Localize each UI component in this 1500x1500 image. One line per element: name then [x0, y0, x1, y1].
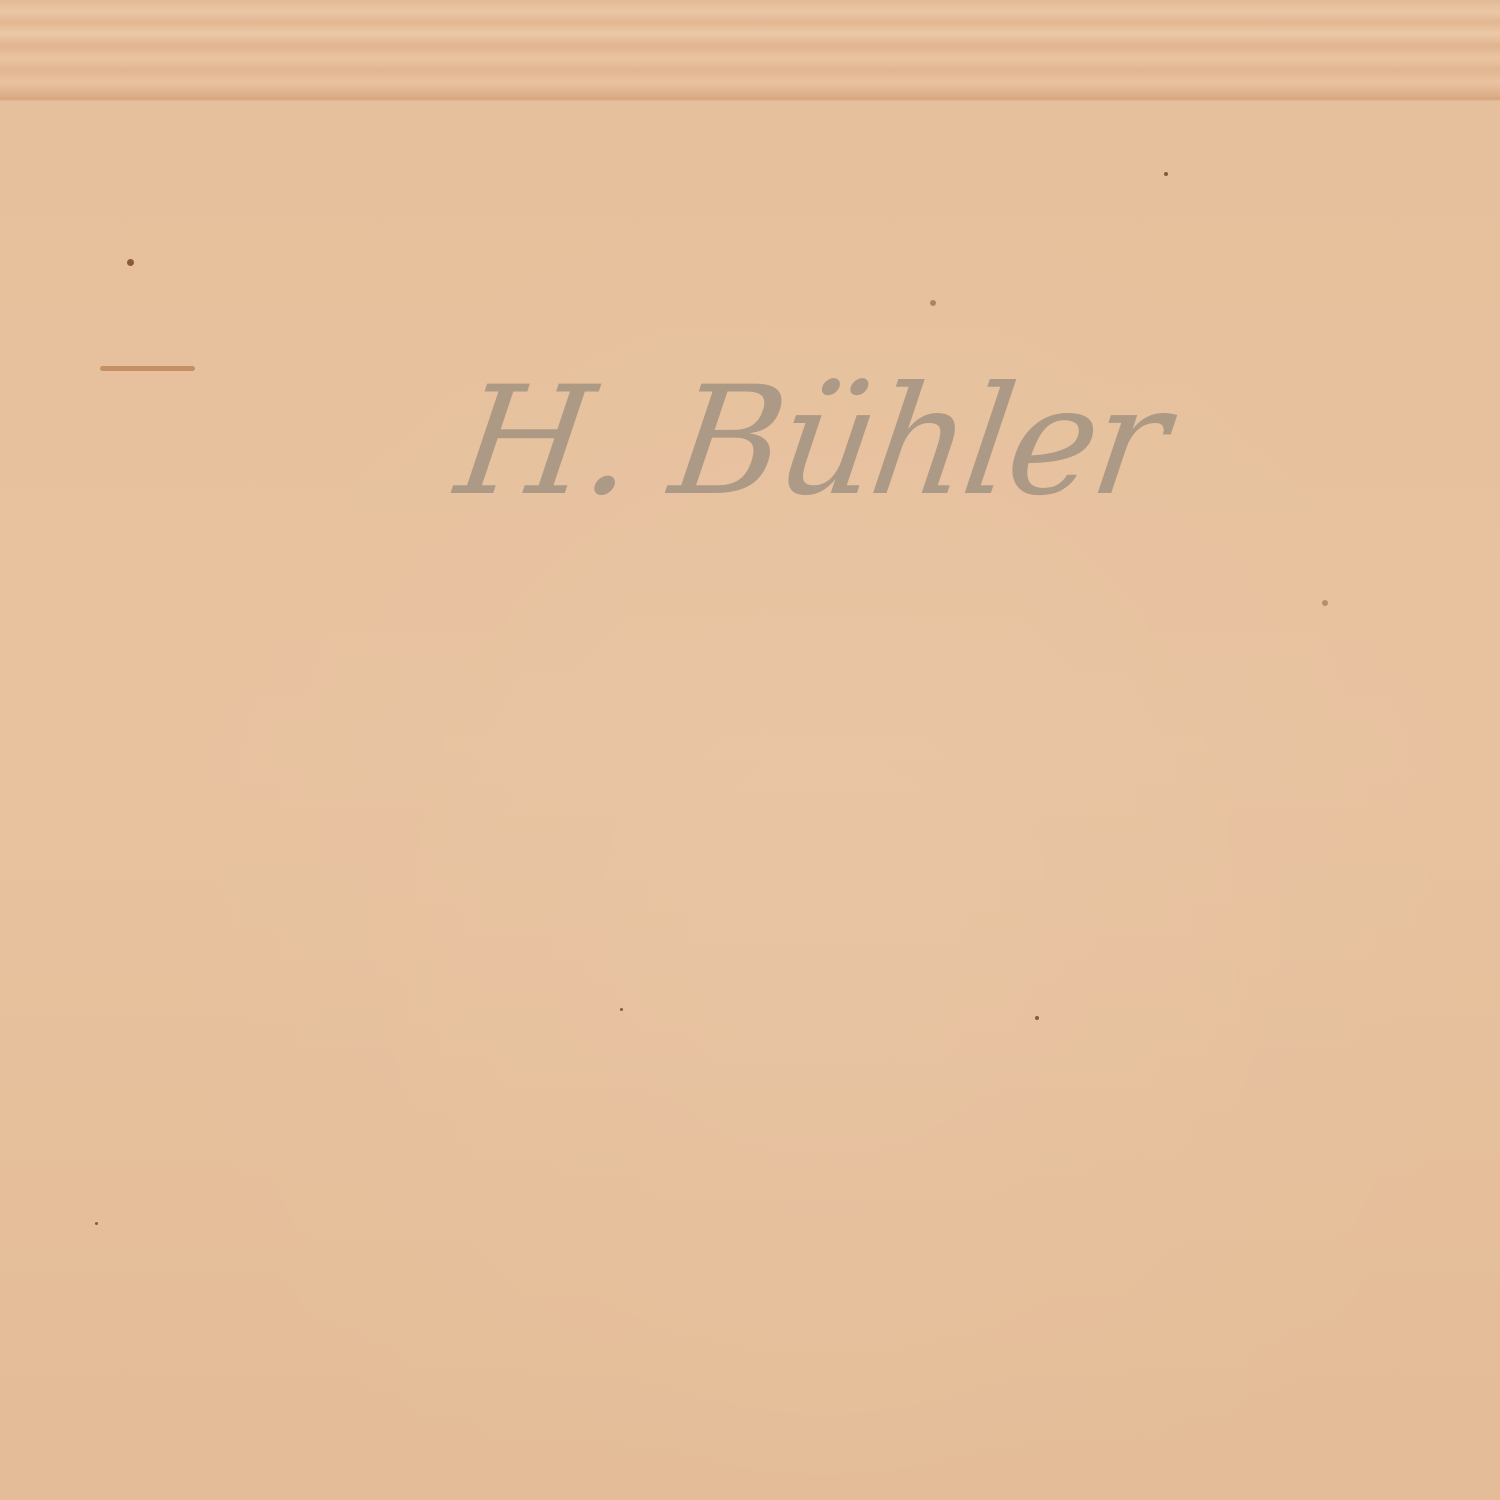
speck [620, 1008, 623, 1011]
paper-background [0, 0, 1500, 1500]
speck [930, 300, 936, 306]
stain-mark [100, 366, 195, 371]
top-paper-band [0, 0, 1500, 100]
speck [1035, 1016, 1039, 1020]
speck [1164, 172, 1168, 176]
speck [95, 1222, 98, 1225]
band-edge [0, 98, 1500, 102]
speck [1322, 600, 1328, 606]
pencil-signature: H. Bühler [460, 355, 1120, 545]
speck [127, 259, 134, 266]
signature-text: H. Bühler [448, 355, 1175, 529]
